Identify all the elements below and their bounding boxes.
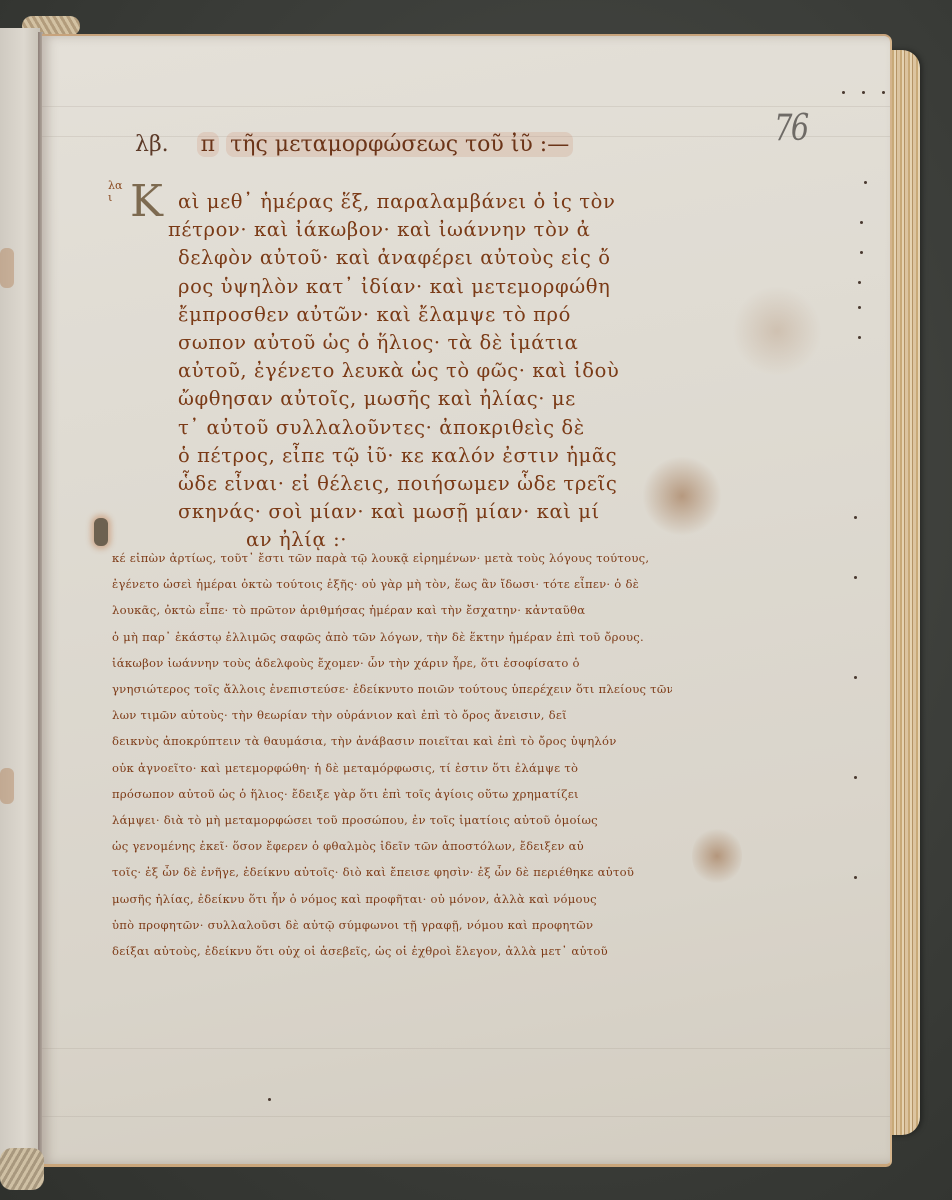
stain: [692, 826, 742, 886]
pricking-mark: [854, 576, 857, 579]
pricking-mark: [862, 91, 865, 94]
pricking-mark: [268, 1098, 271, 1101]
text-line: δελφὸν αὐτοῦ· καὶ ἀναφέρει αὐτοὺς εἰς ὄ: [178, 244, 648, 272]
chapter-heading: λβ. π τῆς μεταμορφώσεως τοῦ ἰῦ :—: [135, 132, 573, 157]
stain: [732, 286, 822, 376]
text-line: ἔμπροσθεν αὐτῶν· καὶ ἔλαμψε τὸ πρό: [178, 301, 648, 329]
commentary-line: ἐγένετο ὡσεὶ ἡμέραι ὀκτὼ τούτοις ἑξῆς· ο…: [112, 571, 672, 597]
commentary-line: τοῖς· ἐξ ὧν δὲ ἐνῆγε, ἐδείκνυ αὐτοῖς· δι…: [112, 859, 672, 885]
commentary-line: λων τιμῶν αὐτοὺς· τὴν θεωρίαν τὴν οὐράνι…: [112, 702, 672, 728]
commentary-line: λουκᾶς, ὀκτὼ εἶπε· τὸ πρῶτον ἀριθμήσας ἡ…: [112, 597, 672, 623]
pricking-mark: [854, 516, 857, 519]
commentary-initial: [94, 518, 108, 546]
text-line: σκηνάς· σοὶ μίαν· καὶ μωσῇ μίαν· καὶ μί: [178, 498, 648, 526]
commentary-line: ἰάκωβον ἰωάννην τοὺς ἀδελφοὺς ἔχομεν· ὧν…: [112, 650, 672, 676]
pricking-mark: [858, 306, 861, 309]
commentary-line: γνησιώτερος τοῖς ἄλλοις ἐνεπιστεύσε· ἐδε…: [112, 676, 672, 702]
commentary-text-block: κέ εἰπὼν ἀρτίως, τοῦτ᾽ ἔστι τῶν παρὰ τῷ …: [112, 545, 672, 964]
text-line: αὶ μεθ᾽ ἡμέρας ἕξ, παραλαμβάνει ὁ ἰς τὸν: [178, 188, 648, 216]
text-line: ὧδε εἶναι· εἰ θέλεις, ποιήσωμεν ὧδε τρεῖ…: [178, 470, 648, 498]
commentary-line: μωσῆς ἠλίας, ἐδείκνυ ὅτι ἦν ὁ νόμος καὶ …: [112, 886, 672, 912]
binding-string-bottom: [0, 1148, 44, 1190]
pricking-mark: [858, 336, 861, 339]
commentary-line: πρόσωπον αὐτοῦ ὡς ὁ ἥλιος· ἔδειξε γὰρ ὅτ…: [112, 781, 672, 807]
margin-section-number: λα ι: [108, 180, 122, 204]
pricking-mark: [858, 281, 861, 284]
text-line: ὁ πέτρος, εἶπε τῷ ἰῦ· κε καλόν ἐστιν ἡμᾶ…: [178, 442, 648, 470]
commentary-line: ὁ μὴ παρ᾽ ἑκάστῳ ἐλλιμῶς σαφῶς ἀπὸ τῶν λ…: [112, 624, 672, 650]
commentary-line: δείξαι αὐτοὺς, ἐδείκνυ ὅτι οὐχ οἱ ἀσεβεῖ…: [112, 938, 672, 964]
commentary-line: λάμψει· διὰ τὸ μὴ μεταμορφώσει τοῦ προσώ…: [112, 807, 672, 833]
text-line: ρος ὑψηλὸν κατ᾽ ἰδίαν· καὶ μετεμορφώθη: [178, 273, 648, 301]
ruling-line: [42, 1116, 890, 1117]
ruling-line: [42, 106, 890, 107]
commentary-line: κέ εἰπὼν ἀρτίως, τοῦτ᾽ ἔστι τῶν παρὰ τῷ …: [112, 545, 672, 571]
gospel-text-block: αὶ μεθ᾽ ἡμέρας ἕξ, παραλαμβάνει ὁ ἰς τὸν…: [178, 188, 648, 555]
verso-page-edge: [0, 28, 40, 1163]
text-line: ὤφθησαν αὐτοῖς, μωσῆς καὶ ἠλίας· με: [178, 385, 648, 413]
folio-number: 76: [774, 108, 807, 149]
chapter-prefix: π: [197, 132, 219, 157]
text-line: σωπον αὐτοῦ ὡς ὁ ἥλιος· τὰ δὲ ἱμάτια: [178, 329, 648, 357]
pricking-mark: [864, 181, 867, 184]
stain: [642, 456, 722, 536]
pricking-mark: [882, 91, 885, 94]
pricking-mark: [860, 251, 863, 254]
ruling-line: [42, 1048, 890, 1049]
commentary-line: δεικνὺς ἀποκρύπτειν τὰ θαυμάσια, τὴν ἀνά…: [112, 728, 672, 754]
pricking-mark: [854, 776, 857, 779]
illuminated-initial: Κ: [130, 180, 163, 224]
pricking-mark: [854, 676, 857, 679]
commentary-line: ὑπὸ προφητῶν· συλλαλοῦσι δὲ αὐτῷ σύμφωνο…: [112, 912, 672, 938]
stain: [0, 768, 14, 804]
text-line: αὐτοῦ, ἐγένετο λευκὰ ὡς τὸ φῶς· καὶ ἰδοὺ: [178, 357, 648, 385]
pricking-mark: [860, 221, 863, 224]
pricking-mark: [842, 91, 845, 94]
text-line: πέτρον· καὶ ἰάκωβον· καὶ ἰωάννην τὸν ἀ: [168, 216, 648, 244]
pricking-mark: [854, 876, 857, 879]
text-line: τ᾽ αὐτοῦ συλλαλοῦντες· ἀποκριθεὶς δὲ: [178, 414, 648, 442]
chapter-number: λβ.: [135, 132, 169, 157]
chapter-title: τῆς μεταμορφώσεως τοῦ ἰῦ :—: [226, 132, 573, 157]
commentary-line: οὐκ ἀγνοεῖτο· καὶ μετεμορφώθη· ἡ δὲ μετα…: [112, 755, 672, 781]
commentary-line: ὡς γενομένης ἐκεῖ· ὅσον ἔφερεν ὁ φθαλμὸς…: [112, 833, 672, 859]
stain: [0, 248, 14, 288]
